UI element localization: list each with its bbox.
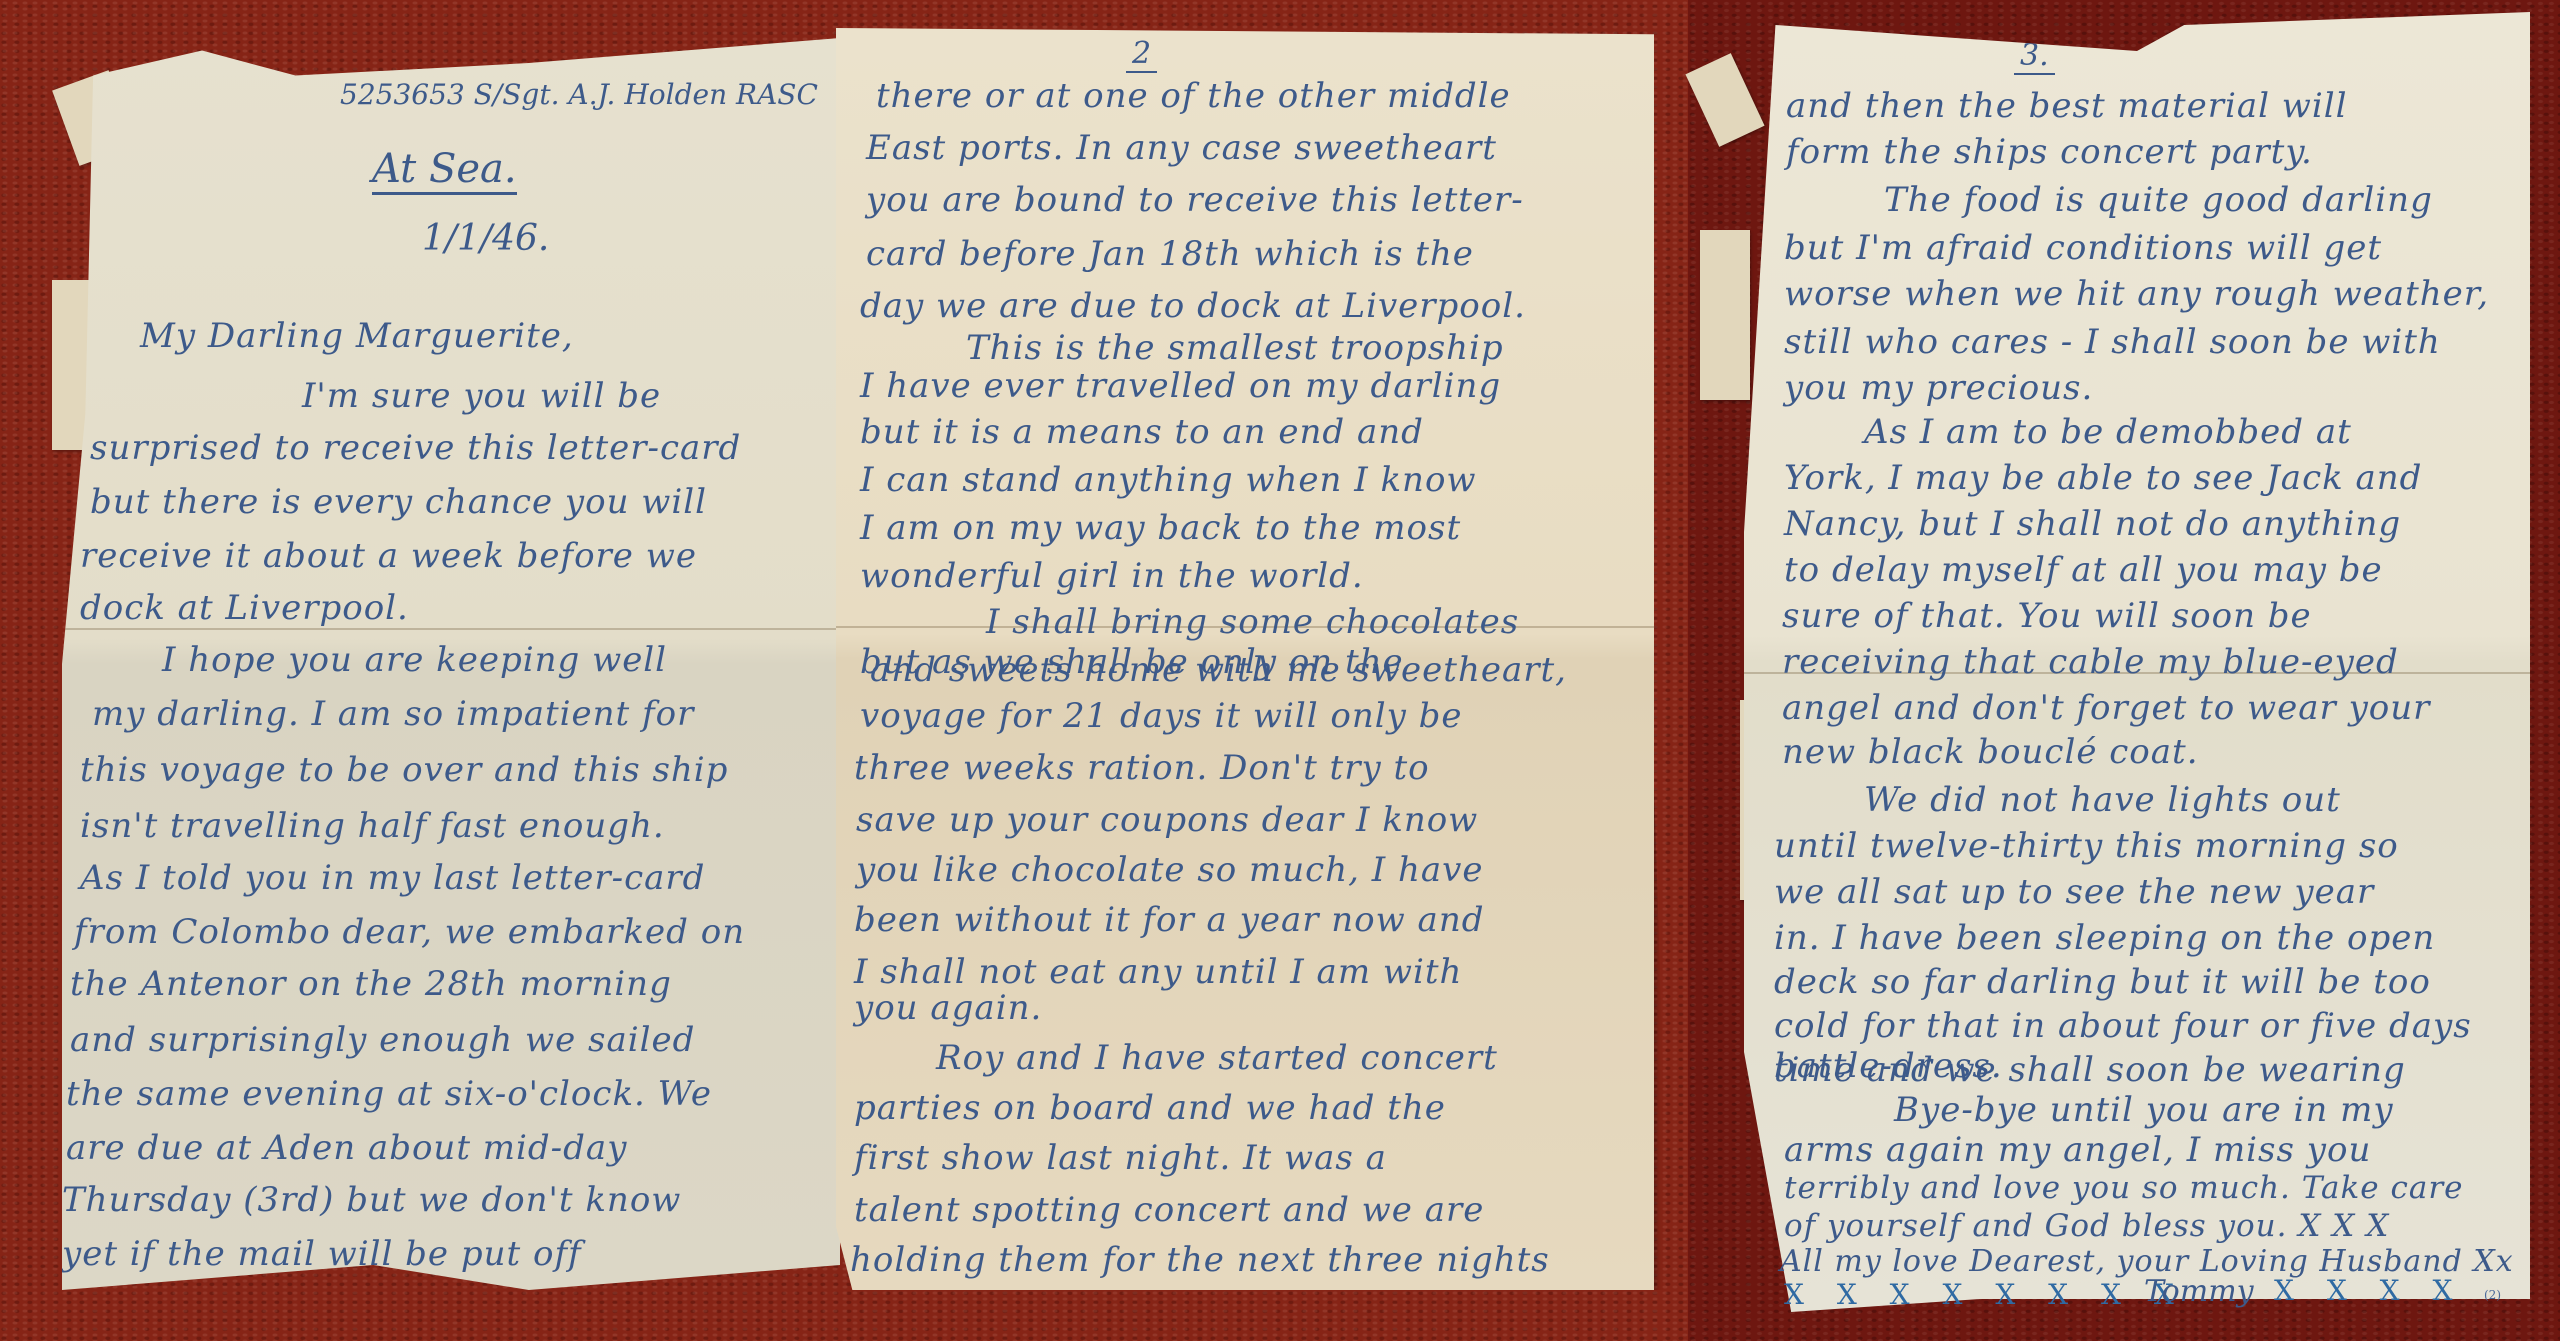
letter-line: holding them for the next three nights bbox=[850, 1240, 1550, 1280]
letter-line: the Antenor on the 28th morning bbox=[70, 964, 672, 1004]
torn-paper-tab bbox=[1700, 230, 1750, 400]
letter-line: arms again my angel, I miss you bbox=[1784, 1130, 2371, 1170]
letter-line: Nancy, but I shall not do anything bbox=[1784, 504, 2401, 544]
letter-line: are due at Aden about mid-day bbox=[66, 1128, 627, 1168]
letter-line: battle-dress. bbox=[1774, 1046, 2003, 1086]
letter-line: and then the best material will bbox=[1786, 86, 2348, 126]
letter-line: we all sat up to see the new year bbox=[1774, 872, 2374, 912]
letter-line: worse when we hit any rough weather, bbox=[1784, 274, 2489, 314]
location-heading: At Sea. bbox=[372, 146, 517, 195]
letter-line: I'm sure you will be bbox=[302, 376, 661, 416]
kisses-row: X X X X X X X X bbox=[1784, 1278, 2186, 1311]
letter-page-1: 5253653 S/Sgt. A.J. Holden RASC At Sea. … bbox=[62, 38, 840, 1290]
letter-line: The food is quite good darling bbox=[1884, 180, 2433, 220]
letter-line: As I told you in my last letter-card bbox=[80, 858, 705, 898]
letter-line: surprised to receive this letter-card bbox=[90, 428, 741, 468]
letter-line: day we are due to dock at Liverpool. bbox=[860, 286, 1526, 326]
letter-line: terribly and love you so much. Take care bbox=[1784, 1170, 2463, 1206]
letter-line: Bye-bye until you are in my bbox=[1894, 1090, 2394, 1130]
letter-line: but as we shall be only on the bbox=[860, 642, 1404, 682]
letter-line: still who cares - I shall soon be with bbox=[1784, 322, 2441, 362]
letter-line: in. I have been sleeping on the open bbox=[1774, 918, 2435, 958]
letter-line: there or at one of the other middle bbox=[876, 76, 1511, 116]
letter-line: new black bouclé coat. bbox=[1782, 732, 2199, 772]
letter-line: cold for that in about four or five days bbox=[1774, 1006, 2472, 1046]
horizontal-fold bbox=[62, 628, 840, 630]
letter-line: card before Jan 18th which is the bbox=[866, 234, 1474, 274]
page-number: 2 bbox=[1126, 36, 1157, 73]
letter-line: of yourself and God bless you. X X X bbox=[1784, 1208, 2389, 1244]
letter-line: angel and don't forget to wear your bbox=[1782, 688, 2430, 728]
letter-line: This is the smallest troopship bbox=[966, 328, 1504, 368]
letter-line: As I am to be demobbed at bbox=[1864, 412, 2352, 452]
letter-line: save up your coupons dear I know bbox=[856, 800, 1478, 840]
letter-line: wonderful girl in the world. bbox=[860, 556, 1364, 596]
letter-line: I have ever travelled on my darling bbox=[860, 366, 1501, 406]
letter-line: first show last night. It was a bbox=[854, 1138, 1387, 1178]
letter-line: to delay myself at all you may be bbox=[1784, 550, 2383, 590]
letter-line: isn't travelling half fast enough. bbox=[80, 806, 665, 846]
letter-line: and surprisingly enough we sailed bbox=[70, 1020, 695, 1060]
kisses-row: X X X X bbox=[2274, 1274, 2464, 1307]
letter-line: you again. bbox=[854, 988, 1042, 1028]
letter-line: We did not have lights out bbox=[1864, 780, 2341, 820]
service-number-line: 5253653 S/Sgt. A.J. Holden RASC bbox=[340, 78, 818, 111]
letter-line: but there is every chance you will bbox=[90, 482, 707, 522]
letter-line: the same evening at six-o'clock. We bbox=[66, 1074, 712, 1114]
letter-line: I shall bring some chocolates bbox=[986, 602, 1519, 642]
letter-line: you like chocolate so much, I have bbox=[856, 850, 1483, 890]
letter-date: 1/1/46. bbox=[422, 218, 549, 259]
letter-line: but it is a means to an end and bbox=[860, 412, 1424, 452]
letter-line: from Colombo dear, we embarked on bbox=[74, 912, 745, 952]
letter-line: receiving that cable my blue-eyed bbox=[1782, 642, 2399, 682]
letter-line: I shall not eat any until I am with bbox=[854, 952, 1462, 992]
signature: Tommy bbox=[2144, 1274, 2254, 1309]
letter-line: I can stand anything when I know bbox=[860, 460, 1477, 500]
letter-line: dock at Liverpool. bbox=[80, 588, 409, 628]
letter-line: but I'm afraid conditions will get bbox=[1784, 228, 2382, 268]
salutation: My Darling Marguerite, bbox=[140, 316, 574, 356]
letter-line: sure of that. You will soon be bbox=[1782, 596, 2312, 636]
letter-line: voyage for 21 days it will only be bbox=[860, 696, 1463, 736]
letter-line: deck so far darling but it will be too bbox=[1774, 962, 2431, 1002]
letter-line: talent spotting concert and we are bbox=[854, 1190, 1484, 1230]
letter-line: parties on board and we had the bbox=[854, 1088, 1446, 1128]
letter-line: I hope you are keeping well bbox=[162, 640, 667, 680]
letter-line: my darling. I am so impatient for bbox=[92, 694, 694, 734]
letter-line: form the ships concert party. bbox=[1786, 132, 2313, 172]
form-mark: (2) bbox=[2484, 1288, 2501, 1302]
letter-line: Thursday (3rd) but we don't know bbox=[62, 1180, 681, 1220]
letter-line: you my precious. bbox=[1784, 368, 2093, 408]
letter-line: I am on my way back to the most bbox=[860, 508, 1461, 548]
letter-line: this voyage to be over and this ship bbox=[80, 750, 728, 790]
letter-line: until twelve-thirty this morning so bbox=[1774, 826, 2399, 866]
letter-line: Roy and I have started concert bbox=[936, 1038, 1498, 1078]
letter-line: yet if the mail will be put off bbox=[62, 1234, 582, 1274]
letter-line: been without it for a year now and bbox=[854, 900, 1485, 940]
letter-line: York, I may be able to see Jack and bbox=[1784, 458, 2422, 498]
letter-line: East ports. In any case sweetheart bbox=[866, 128, 1497, 168]
letter-line: receive it about a week before we bbox=[80, 536, 697, 576]
letter-line: three weeks ration. Don't try to bbox=[854, 748, 1430, 788]
letter-line: you are bound to receive this letter- bbox=[866, 180, 1524, 220]
